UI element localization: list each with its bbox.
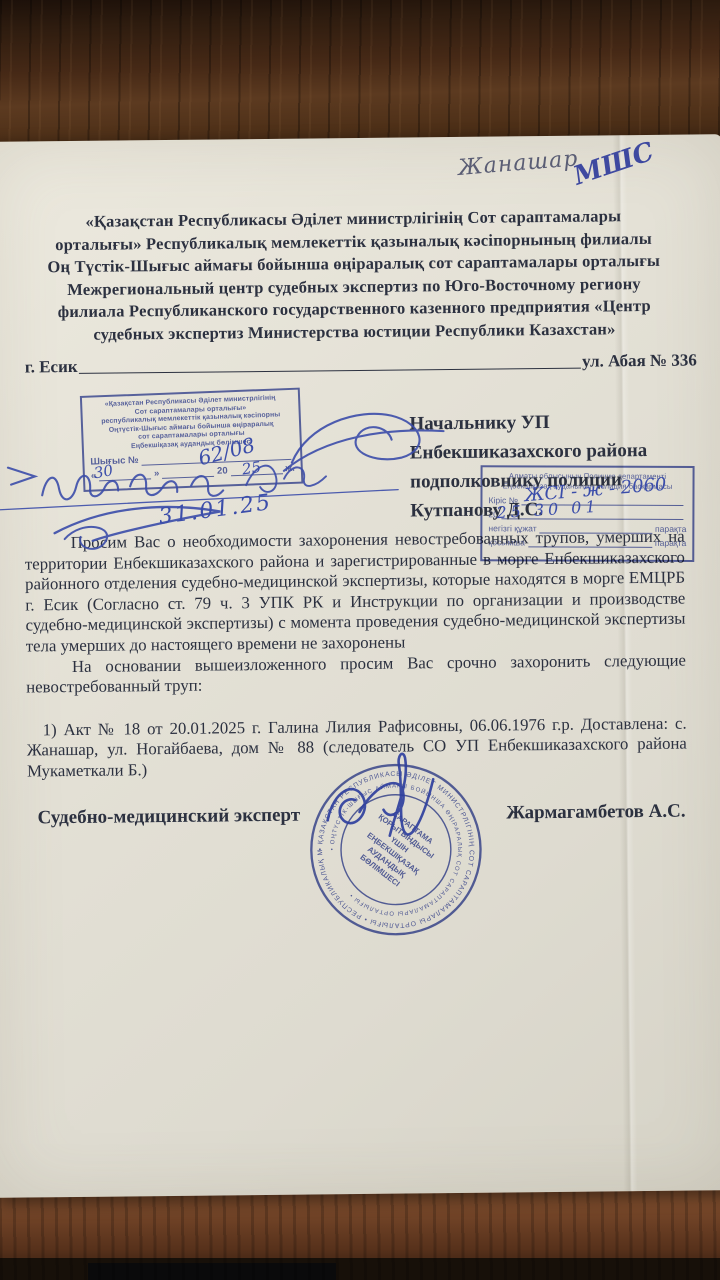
city-label: г. Есик <box>25 357 78 378</box>
ruled-line <box>79 354 582 374</box>
signer-name: Жармагамбетов А.С. <box>506 801 685 825</box>
handwritten-top-note: ЖанашарМШС <box>457 136 662 182</box>
handwritten-outgoing-year: 25 <box>241 458 263 479</box>
attach-suffix: парақта <box>655 538 686 548</box>
handwritten-outgoing-day: 30 <box>92 461 114 482</box>
handwritten-word: Жанашар <box>457 146 579 181</box>
document-photo: ЖанашарМШС «Қазақстан Республикасы Әділе… <box>0 0 720 1280</box>
expert-signature <box>293 749 494 881</box>
doc-suffix: парақта <box>655 524 686 534</box>
desk-shadow <box>0 1258 720 1280</box>
ruled-line <box>540 523 652 533</box>
attach-label: қосымша <box>488 537 525 547</box>
doc-label: негізгі құжат <box>488 523 536 533</box>
ruled-line <box>528 537 652 547</box>
city-street-line: г. Есик ул. Абая № 336 <box>25 350 697 377</box>
desk-dark-gap <box>88 1263 336 1280</box>
letterhead: «Қазақстан Республикасы Әділет министрлі… <box>39 205 668 347</box>
street-label: ул. Абая № 336 <box>582 350 697 371</box>
stamp-attach-row: қосымша парақта <box>488 537 686 548</box>
signer-role: Судебно-медицинский эксперт <box>37 805 300 830</box>
desk-wood-bottom <box>0 1185 720 1280</box>
stamp-doc-row: негізгі құжат парақта <box>488 523 686 534</box>
paper-content: ЖанашарМШС «Қазақстан Республикасы Әділе… <box>0 134 720 1198</box>
signature-flourishes <box>0 405 467 570</box>
handwritten-initials: МШС <box>570 137 658 192</box>
body-paragraph-2: На основании вышеизложенного просим Вас … <box>26 650 686 698</box>
paper-sheet: ЖанашарМШС «Қазақстан Республикасы Әділе… <box>0 134 720 1198</box>
